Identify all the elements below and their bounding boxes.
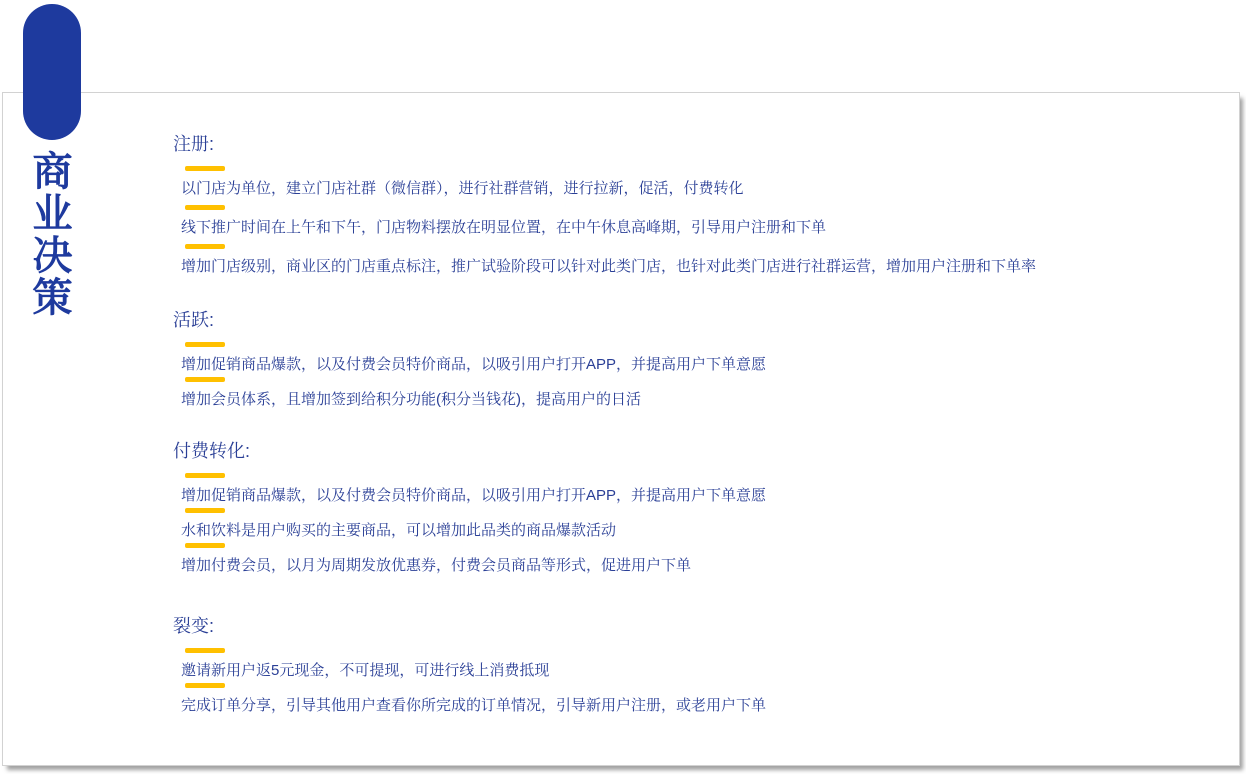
- bullet-item: 水和饮料是用户购买的主要商品，可以增加此品类的商品爆款活动: [181, 508, 1226, 540]
- bullet-item: 增加付费会员，以月为周期发放优惠券，付费会员商品等形式，促进用户下单: [181, 543, 1226, 575]
- bullet-item: 增加会员体系，且增加签到给积分功能(积分当钱花)，提高用户的日活: [181, 377, 1226, 409]
- title-pill-shape: [23, 4, 81, 140]
- bullet-text: 增加促销商品爆款，以及付费会员特价商品，以吸引用户打开APP，并提高用户下单意愿: [181, 486, 1226, 505]
- section-paid-conversion: 付费转化: 增加促销商品爆款，以及付费会员特价商品，以吸引用户打开APP，并提高…: [173, 441, 1226, 575]
- section-register: 注册: 以门店为单位，建立门店社群（微信群），进行社群营销，进行拉新，促活，付费…: [173, 134, 1226, 276]
- bullet-item: 增加促销商品爆款，以及付费会员特价商品，以吸引用户打开APP，并提高用户下单意愿: [181, 473, 1226, 505]
- bullet-dash-icon: [185, 377, 225, 382]
- bullet-item: 邀请新用户返5元现金，不可提现，可进行线上消费抵现: [181, 648, 1226, 680]
- section-fission: 裂变: 邀请新用户返5元现金，不可提现，可进行线上消费抵现 完成订单分享，引导其…: [173, 616, 1226, 715]
- bullet-dash-icon: [185, 166, 225, 171]
- bullet-dash-icon: [185, 683, 225, 688]
- bullet-item: 线下推广时间在上午和下午，门店物料摆放在明显位置，在中午休息高峰期，引导用户注册…: [181, 205, 1226, 237]
- bullet-dash-icon: [185, 205, 225, 210]
- section-heading: 裂变:: [173, 616, 1226, 637]
- bullet-dash-icon: [185, 473, 225, 478]
- bullet-text: 邀请新用户返5元现金，不可提现，可进行线上消费抵现: [181, 661, 1226, 680]
- bullet-dash-icon: [185, 342, 225, 347]
- slide-title: 商业决策: [28, 150, 70, 318]
- section-heading: 活跃:: [173, 310, 1226, 331]
- bullet-dash-icon: [185, 508, 225, 513]
- bullet-item: 以门店为单位，建立门店社群（微信群），进行社群营销，进行拉新，促活，付费转化: [181, 166, 1226, 198]
- bullet-item: 增加门店级别，商业区的门店重点标注，推广试验阶段可以针对此类门店，也针对此类门店…: [181, 244, 1226, 276]
- bullet-text: 线下推广时间在上午和下午，门店物料摆放在明显位置，在中午休息高峰期，引导用户注册…: [181, 218, 1226, 237]
- bullet-dash-icon: [185, 543, 225, 548]
- bullet-text: 水和饮料是用户购买的主要商品，可以增加此品类的商品爆款活动: [181, 521, 1226, 540]
- bullet-text: 增加付费会员，以月为周期发放优惠券，付费会员商品等形式，促进用户下单: [181, 556, 1226, 575]
- section-activation: 活跃: 增加促销商品爆款，以及付费会员特价商品，以吸引用户打开APP，并提高用户…: [173, 310, 1226, 409]
- bullet-item: 完成订单分享，引导其他用户查看你所完成的订单情况，引导新用户注册，或老用户下单: [181, 683, 1226, 715]
- bullet-dash-icon: [185, 244, 225, 249]
- section-heading: 付费转化:: [173, 441, 1226, 462]
- bullet-text: 增加门店级别，商业区的门店重点标注，推广试验阶段可以针对此类门店，也针对此类门店…: [181, 257, 1226, 276]
- bullet-text: 增加促销商品爆款，以及付费会员特价商品，以吸引用户打开APP，并提高用户下单意愿: [181, 355, 1226, 374]
- section-heading: 注册:: [173, 134, 1226, 155]
- bullet-text: 以门店为单位，建立门店社群（微信群），进行社群营销，进行拉新，促活，付费转化: [181, 179, 1226, 198]
- content-area: 注册: 以门店为单位，建立门店社群（微信群），进行社群营销，进行拉新，促活，付费…: [173, 134, 1226, 715]
- bullet-dash-icon: [185, 648, 225, 653]
- bullet-text: 增加会员体系，且增加签到给积分功能(积分当钱花)，提高用户的日活: [181, 390, 1226, 409]
- bullet-item: 增加促销商品爆款，以及付费会员特价商品，以吸引用户打开APP，并提高用户下单意愿: [181, 342, 1226, 374]
- bullet-text: 完成订单分享，引导其他用户查看你所完成的订单情况，引导新用户注册，或老用户下单: [181, 696, 1226, 715]
